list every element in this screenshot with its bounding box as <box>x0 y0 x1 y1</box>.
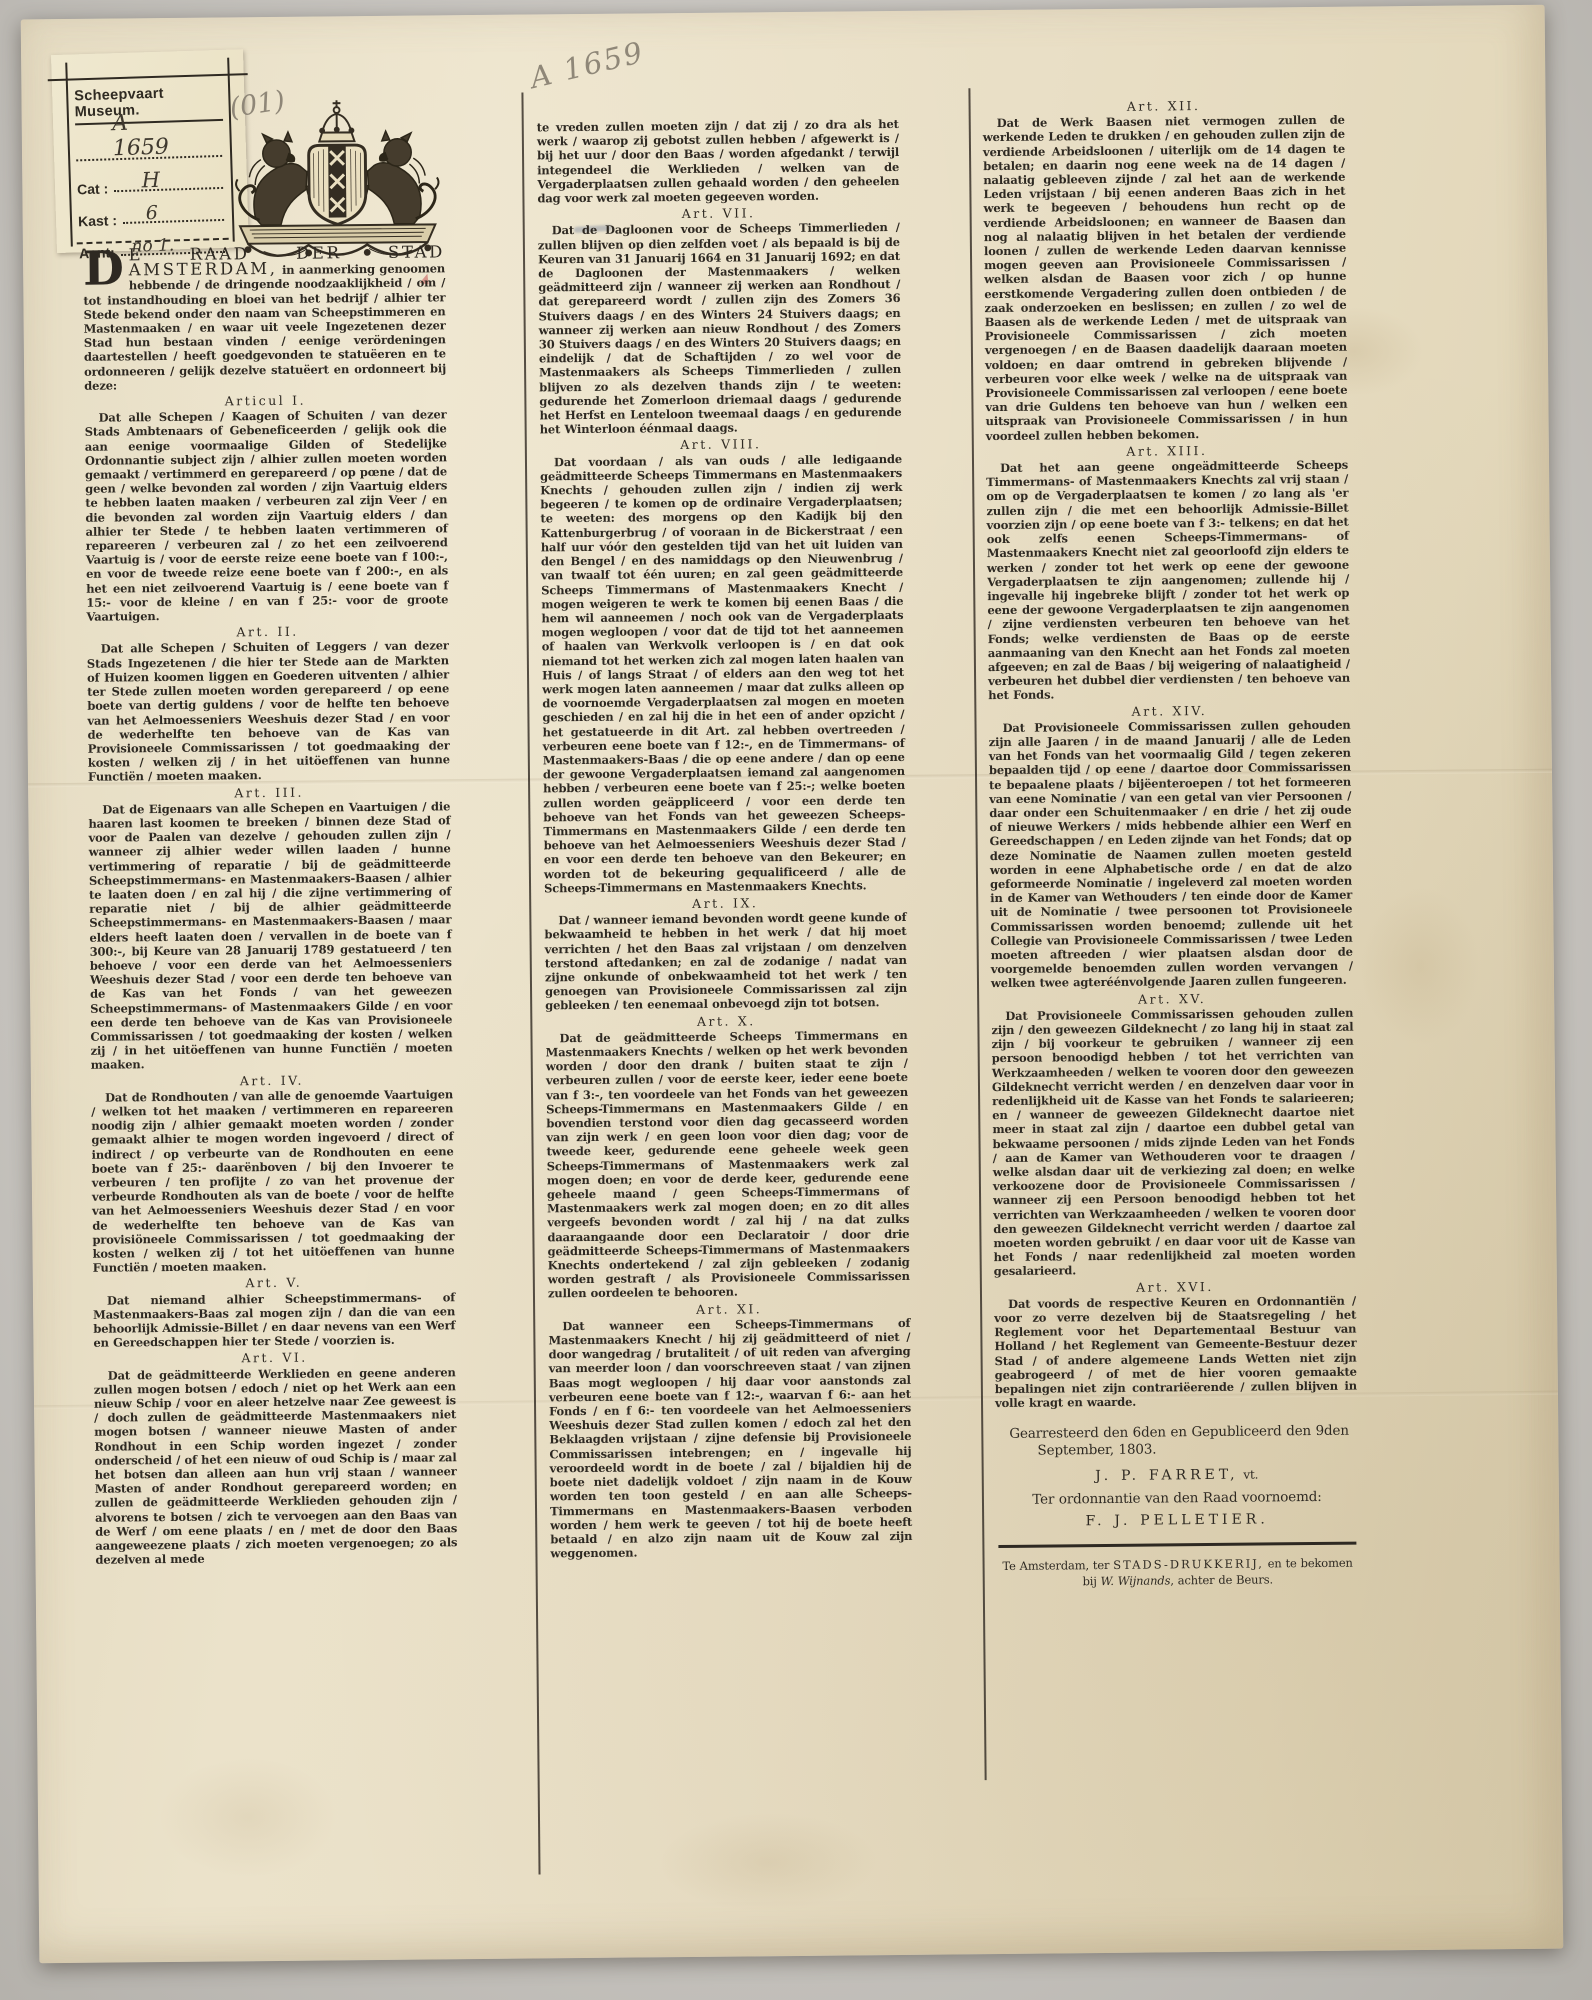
article-text: Dat voordaan / als van ouds / alle ledig… <box>540 452 906 896</box>
label-field-number: A 1659 <box>75 121 224 166</box>
article-text: Dat de Werk Baasen niet vermogen zullen … <box>983 113 1348 443</box>
handwritten-cat-value: H <box>141 168 160 193</box>
label-field-cat: Cat : H <box>76 161 225 198</box>
imprint-line: Te Amsterdam, ter STADS-DRUKKERIJ, en te… <box>997 1554 1359 1589</box>
label-kast-caption: Kast : <box>78 212 117 229</box>
arrest-date-line-2: September, 1803. <box>995 1440 1357 1460</box>
document-sheet: Scheepvaart Museum. A 1659 Cat : H Kast … <box>21 5 1564 1964</box>
imprint-divider-rule <box>998 1542 1356 1548</box>
article-text-continued: te vreden zullen moeten zijn / dat zij /… <box>537 117 900 206</box>
article-text: Dat de Dagloonen voor de Scheeps Timmerl… <box>538 220 902 437</box>
signature-farret: J. P. FARRET, vt. <box>996 1467 1358 1485</box>
printer-name: STADS-DRUKKERIJ, <box>1113 1556 1264 1571</box>
signature-pelletier: F. J. PELLETIER. <box>996 1511 1358 1529</box>
article-text: Dat voords de respective Keuren en Ordon… <box>994 1293 1357 1410</box>
article-text: Dat het aan geene ongeädmitteerde Scheep… <box>986 458 1350 703</box>
dotted-line <box>123 219 224 224</box>
article-text: Dat alle Schepen / Kaagen of Schuiten / … <box>84 408 448 625</box>
paper-stain <box>658 1811 879 1913</box>
dotted-line <box>114 187 223 192</box>
text-column-2: te vreden zullen moeten zijn / dat zij /… <box>537 117 913 1561</box>
article-text: Dat alle Schepen / Schuiten of Leggers /… <box>87 639 450 784</box>
article-text: Dat de geädmitteerde Werklieden en geene… <box>94 1365 458 1567</box>
paper-stain <box>1359 885 1481 1046</box>
label-field-kast: Kast : 6 <box>77 193 226 230</box>
closing-block: Gearresteerd den 6den en Gepubliceerd de… <box>995 1423 1359 1590</box>
masthead-paragraph: DE RAAD DER STAD AMSTERDAM, in aanmerkin… <box>83 245 446 392</box>
article-text: Dat niemand alhier Scheepstimmermans- of… <box>93 1290 456 1350</box>
article-text: Dat de Eigenaars van alle Schepen en Vaa… <box>88 799 453 1072</box>
article-text: Dat de geädmitteerde Scheeps Timmermans … <box>545 1028 910 1301</box>
label-cat-caption: Cat : <box>77 180 109 197</box>
bookseller-name: W. Wijnands <box>1101 1573 1171 1588</box>
pencil-annotation-number: A 1659 <box>527 35 648 95</box>
article-text: Dat / wanneer iemand bevonden wordt geen… <box>544 910 907 1013</box>
label-frame-line <box>65 63 73 247</box>
signature-farret-name: J. P. FARRET, <box>1095 1467 1239 1484</box>
masthead-text: in aanmerking genoomen hebbende / de dri… <box>83 262 446 393</box>
text-column-3: Art. XII. Dat de Werk Baasen niet vermog… <box>983 95 1359 1590</box>
article-text: Dat Provisioneele Commissarissen gehoude… <box>991 1005 1356 1278</box>
column-divider-rule <box>521 93 540 1875</box>
article-text: Dat wanneer een Scheeps-Timmermans of Ma… <box>548 1316 912 1561</box>
drop-cap: D <box>83 248 129 288</box>
text-column-1: DE RAAD DER STAD AMSTERDAM, in aanmerkin… <box>83 245 458 1567</box>
signature-farret-suffix: vt. <box>1243 1468 1258 1482</box>
article-text: Dat Provisioneele Commissarissen zullen … <box>988 717 1353 990</box>
handwritten-inventory-number: A 1659 <box>112 109 187 161</box>
handwritten-kast-value: 6 <box>145 202 158 224</box>
ordinance-line: Ter ordonnantie van den Raad voornoemd: <box>996 1489 1358 1507</box>
article-text: Dat de Rondhouten / van alle de genoemde… <box>91 1087 455 1275</box>
paper-stain <box>157 1756 338 1878</box>
label-frame-line <box>48 73 248 81</box>
